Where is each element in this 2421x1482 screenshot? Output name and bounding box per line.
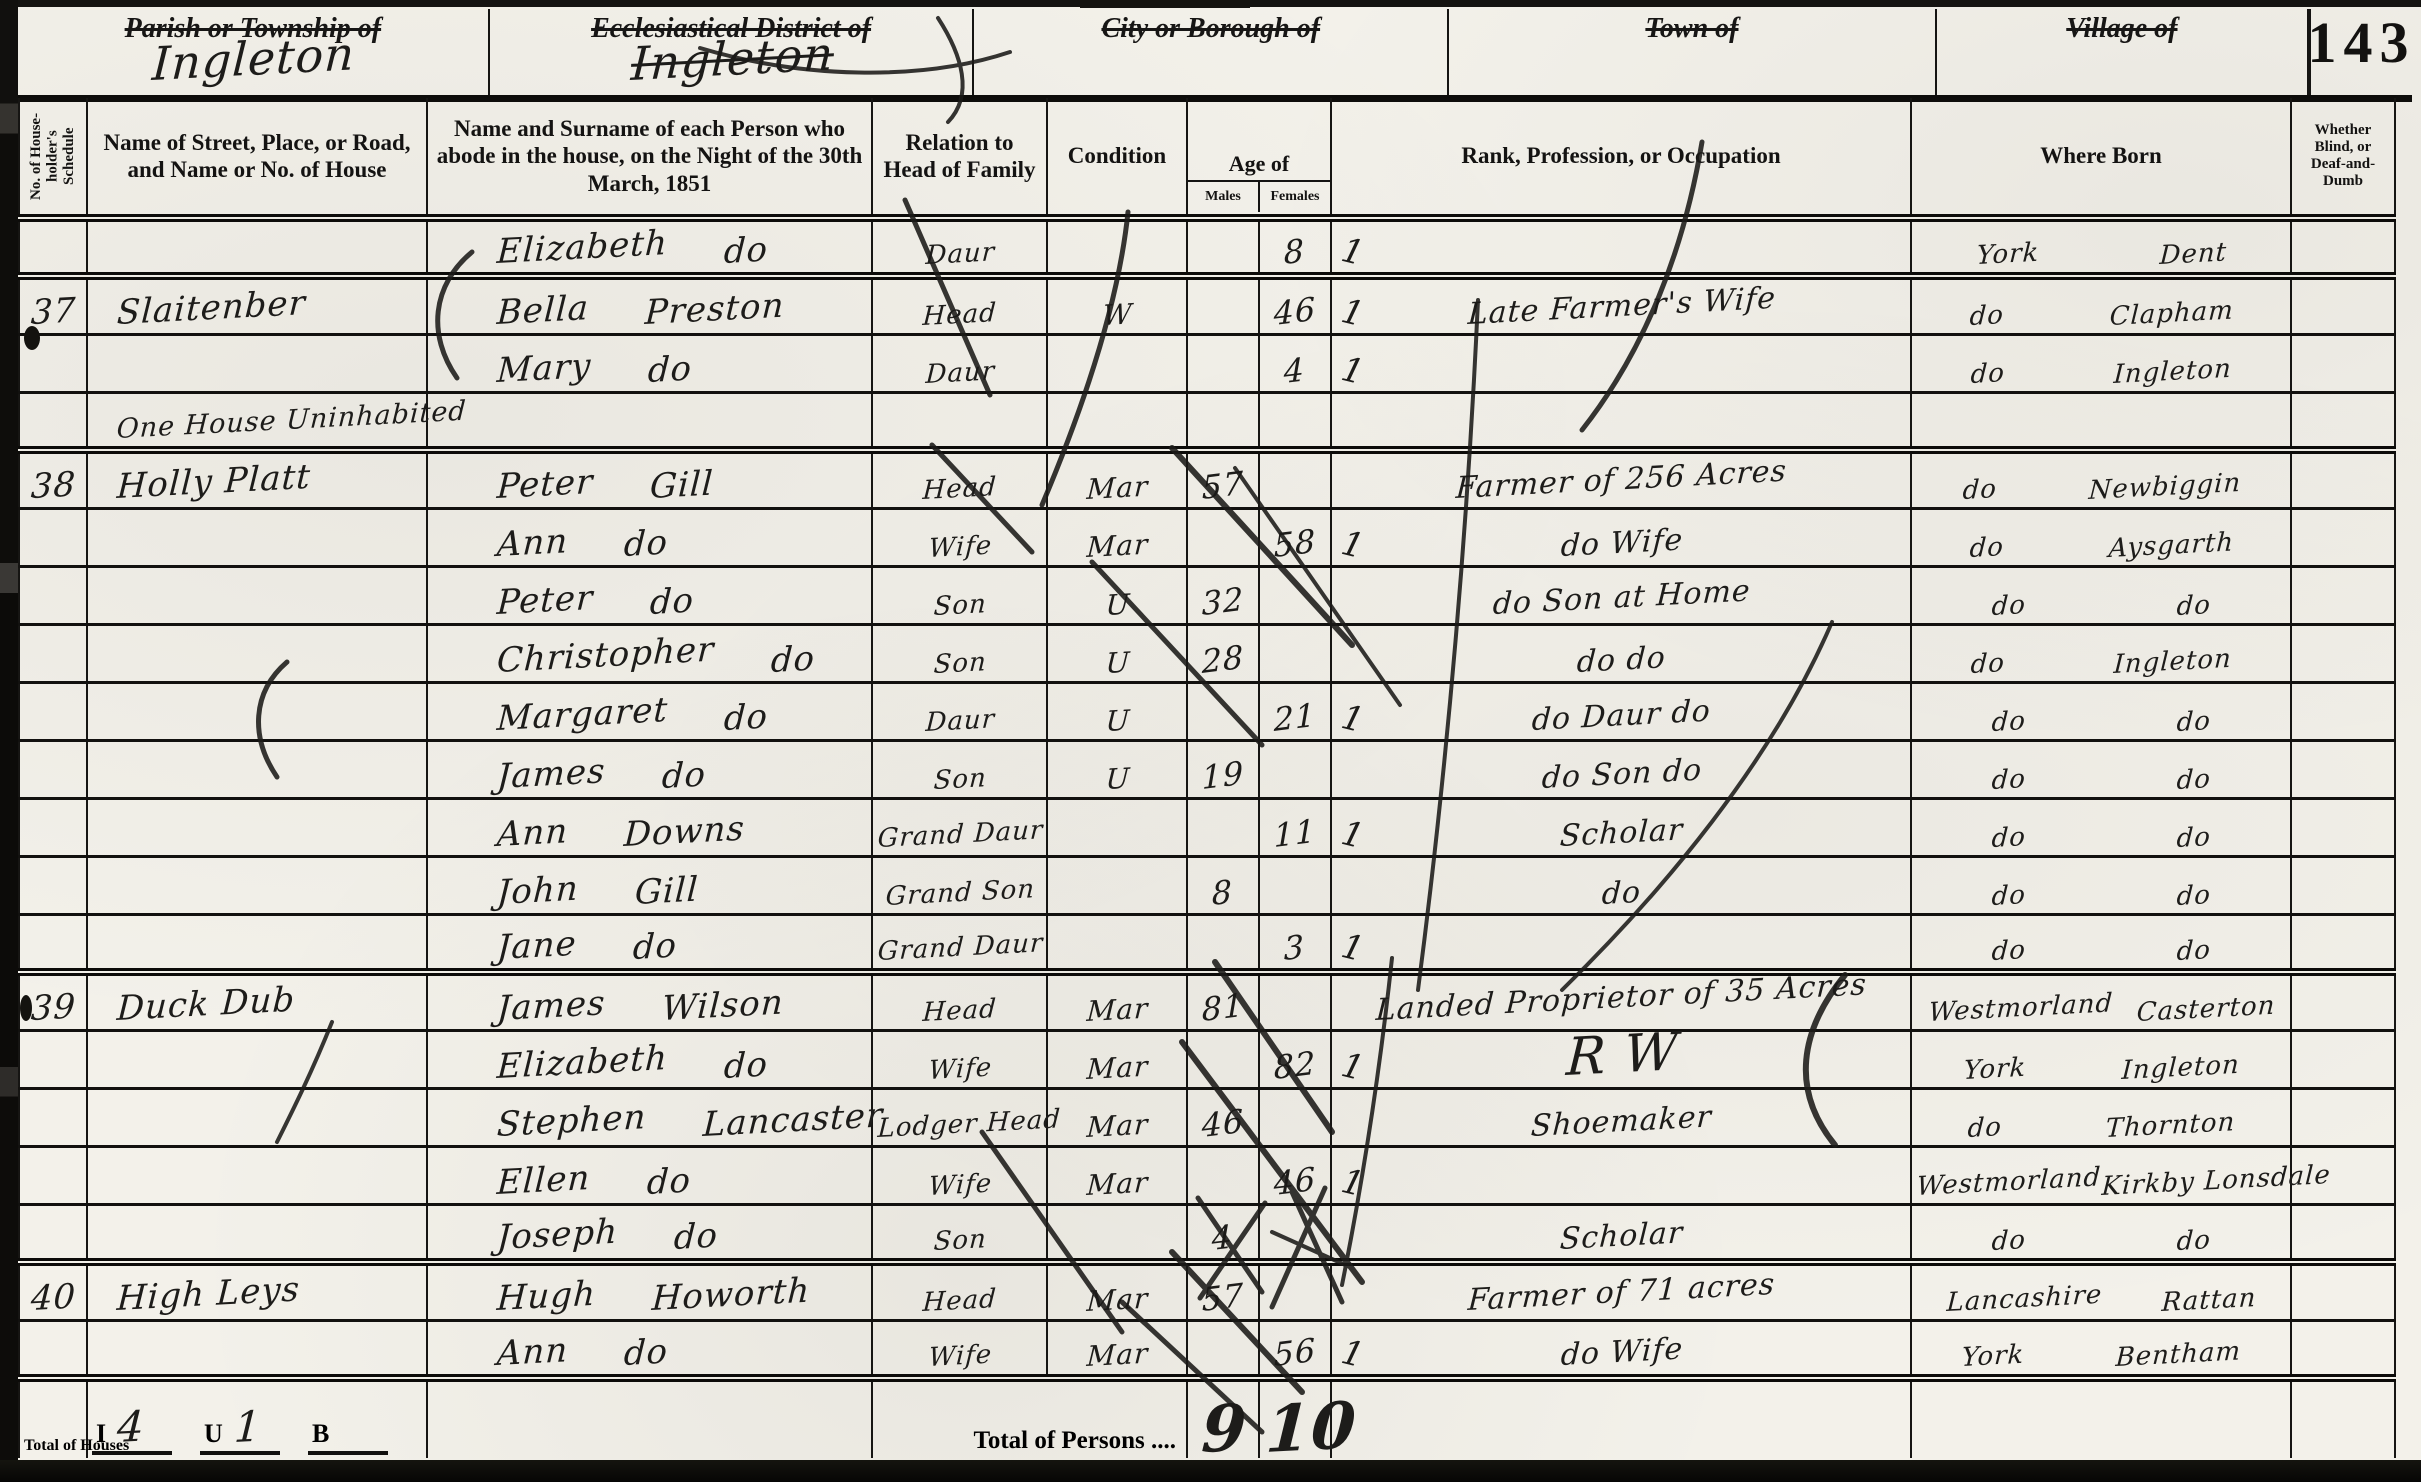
born-county: do xyxy=(1969,302,2005,330)
name-word: Jane xyxy=(496,927,578,965)
tally-mark-handwritten: 1 xyxy=(1338,929,1368,967)
cell-relation: Grand Son xyxy=(872,856,1047,914)
occupation-handwritten: do do xyxy=(1576,643,1667,678)
column-header-street: Name of Street, Place, or Road, and Name… xyxy=(87,97,427,219)
top-rule xyxy=(18,0,2421,7)
table-row: JosephdoSon4Scholardodo xyxy=(19,1204,2395,1262)
relation-handwritten: Daur xyxy=(925,358,996,388)
cell-condition: W xyxy=(1047,276,1187,334)
condition-handwritten: Mar xyxy=(1086,1340,1149,1371)
cell-street xyxy=(87,218,427,276)
cell-age-females: 46 xyxy=(1259,276,1331,334)
cell-age-males: 81 xyxy=(1187,972,1259,1030)
occupation-handwritten: do Wife xyxy=(1560,525,1684,562)
cell-age-males xyxy=(1187,1030,1259,1088)
cell-person-name: Josephdo xyxy=(427,1204,872,1262)
cell-footer-born-empty xyxy=(1911,1378,2291,1458)
person-name-handwritten: Anndo xyxy=(496,528,867,562)
table-row: 39Duck DubJamesWilsonHeadMar81Landed Pro… xyxy=(19,972,2395,1030)
inhabited-letter: I xyxy=(96,1419,106,1449)
name-word: do xyxy=(632,929,678,965)
table-row: MarydoDaur41doIngleton xyxy=(19,334,2395,392)
cell-age-females xyxy=(1259,740,1331,798)
age-female-handwritten: 3 xyxy=(1284,930,1306,965)
schedule-number-handwritten: 40 xyxy=(30,1279,77,1316)
cell-street xyxy=(87,914,427,972)
age-female-handwritten: 56 xyxy=(1273,1334,1316,1371)
cell-schedule-number xyxy=(19,856,87,914)
name-word: do xyxy=(770,641,816,677)
cell-occupation: Landed Proprietor of 35 Acres xyxy=(1331,972,1911,1030)
schedule-number-handwritten: 38 xyxy=(30,467,77,504)
where-born-handwritten: dodo xyxy=(1916,594,2286,620)
cell-where-born: WestmorlandCasterton xyxy=(1911,972,2291,1030)
condition-handwritten: Mar xyxy=(1086,1110,1149,1141)
cell-street xyxy=(87,566,427,624)
cell-occupation: 1 xyxy=(1331,914,1911,972)
cell-where-born: YorkDent xyxy=(1911,218,2291,276)
relation-handwritten: Grand Daur xyxy=(877,817,1044,852)
cell-condition: Mar xyxy=(1047,1320,1187,1378)
cell-houses-tally: I4 U1 B xyxy=(87,1378,427,1458)
name-word: Gill xyxy=(634,872,699,909)
cell-condition xyxy=(1047,798,1187,856)
cell-street xyxy=(87,1030,427,1088)
name-word: Bella xyxy=(496,291,590,330)
cell-relation: Wife xyxy=(872,508,1047,566)
cell-person-name: JohnGill xyxy=(427,856,872,914)
building-letter: B xyxy=(312,1419,329,1449)
cell-relation: Head xyxy=(872,276,1047,334)
born-place: Clapham xyxy=(2109,297,2234,330)
cell-occupation: Scholar xyxy=(1331,1204,1911,1262)
tally-mark-handwritten: 1 xyxy=(1338,1048,1368,1086)
column-header-age: Age of Males Females xyxy=(1187,97,1331,219)
cell-street xyxy=(87,508,427,566)
where-born-handwritten: doIngleton xyxy=(1916,362,2286,388)
totals-row: Total of Houses I4 U1 B Total of Persons… xyxy=(19,1378,2395,1458)
relation-handwritten: Head xyxy=(922,996,997,1026)
building-tally: B xyxy=(308,1419,388,1455)
person-name-handwritten: Anndo xyxy=(496,1337,867,1371)
name-word: Ellen xyxy=(496,1160,591,1199)
cell-relation: Wife xyxy=(872,1146,1047,1204)
uninhabited-tally: U1 xyxy=(200,1407,280,1455)
cell-age-females xyxy=(1259,1262,1331,1320)
relation-handwritten: Head xyxy=(922,300,997,330)
table-row: EllendoWifeMar461WestmorlandKirkby Lonsd… xyxy=(19,1146,2395,1204)
name-word: Christopher xyxy=(496,632,715,678)
cell-age-males xyxy=(1187,682,1259,740)
cell-person-name: StephenLancaster xyxy=(427,1088,872,1146)
cell-age-males: 4 xyxy=(1187,1204,1259,1262)
cell-schedule-number xyxy=(19,1204,87,1262)
age-female-handwritten: 11 xyxy=(1273,814,1316,851)
condition-handwritten: Mar xyxy=(1086,1168,1149,1199)
cell-where-born: dodo xyxy=(1911,798,2291,856)
cell-age-females: 8 xyxy=(1259,218,1331,276)
cell-condition: Mar xyxy=(1047,1262,1187,1320)
born-county: Westmorland xyxy=(1928,990,2114,1026)
tally-mark-handwritten: 1 xyxy=(1338,1335,1368,1373)
cell-street: One House Uninhabited xyxy=(87,392,427,450)
cell-age-females: 21 xyxy=(1259,682,1331,740)
cell-total-of-persons-label: Total of Persons .... xyxy=(872,1378,1187,1458)
name-word: do xyxy=(646,1163,692,1199)
born-county: do xyxy=(1991,1227,2027,1255)
cell-condition: Mar xyxy=(1047,508,1187,566)
cell-where-born: doClapham xyxy=(1911,276,2291,334)
occupation-handwritten: do Daur do xyxy=(1531,696,1712,736)
name-word: do xyxy=(649,583,695,619)
born-place: do xyxy=(2176,592,2212,620)
name-word: Elizabeth xyxy=(496,226,669,269)
cell-total-females: 10 xyxy=(1259,1378,1331,1458)
cell-age-females: 58 xyxy=(1259,508,1331,566)
cell-person-name: Janedo xyxy=(427,914,872,972)
where-born-handwritten: dodo xyxy=(1916,1229,2286,1255)
street-name-handwritten: Duck Dub xyxy=(116,982,296,1025)
condition-handwritten: Mar xyxy=(1086,1052,1149,1083)
cell-age-males xyxy=(1187,914,1259,972)
person-name-handwritten: Marydo xyxy=(496,354,867,388)
age-male-handwritten: 19 xyxy=(1201,756,1244,793)
cell-schedule-number xyxy=(19,624,87,682)
tally-mark-handwritten: 1 xyxy=(1338,294,1368,332)
cell-age-males xyxy=(1187,334,1259,392)
born-county: do xyxy=(1991,592,2027,620)
cell-age-females xyxy=(1259,392,1331,450)
cell-person-name: Elizabethdo xyxy=(427,1030,872,1088)
cell-condition xyxy=(1047,856,1187,914)
born-county: York xyxy=(1976,240,2040,269)
condition-handwritten: U xyxy=(1105,590,1131,619)
cell-occupation: 1 xyxy=(1331,1146,1911,1204)
column-header-condition: Condition xyxy=(1047,97,1187,219)
cell-infirmity xyxy=(2291,1262,2395,1320)
cell-age-females: 4 xyxy=(1259,334,1331,392)
cell-person-name: Marydo xyxy=(427,334,872,392)
cell-person-name xyxy=(427,392,872,450)
masthead-field-village: Village of xyxy=(1937,9,2309,95)
binding-edge xyxy=(0,0,18,1482)
cell-person-name: BellaPreston xyxy=(427,276,872,334)
cell-relation: Wife xyxy=(872,1320,1047,1378)
cell-person-name: JamesWilson xyxy=(427,972,872,1030)
relation-handwritten: Wife xyxy=(928,1054,993,1083)
age-female-handwritten: 46 xyxy=(1273,1162,1316,1199)
cell-where-born: YorkBentham xyxy=(1911,1320,2291,1378)
ecclesiastical-district-value-handwritten: Ingleton xyxy=(630,30,835,87)
cell-occupation: 1Scholar xyxy=(1331,798,1911,856)
tally-mark-handwritten: 1 xyxy=(1338,352,1368,390)
born-place: do xyxy=(2176,766,2212,794)
cell-infirmity xyxy=(2291,1088,2395,1146)
relation-handwritten: Son xyxy=(933,765,988,794)
column-header-age-females: Females xyxy=(1258,182,1330,212)
cell-infirmity xyxy=(2291,624,2395,682)
cell-where-born: doAysgarth xyxy=(1911,508,2291,566)
cell-infirmity xyxy=(2291,914,2395,972)
where-born-handwritten: WestmorlandKirkby Lonsdale xyxy=(1916,1174,2286,1200)
parish-value-handwritten: Ingleton xyxy=(151,30,356,87)
cell-condition: U xyxy=(1047,566,1187,624)
cell-age-females xyxy=(1259,856,1331,914)
born-county: York xyxy=(1961,1342,2025,1371)
occupation-handwritten: Farmer of 256 Acres xyxy=(1455,456,1788,503)
cell-age-males: 28 xyxy=(1187,624,1259,682)
where-born-handwritten: dodo xyxy=(1916,884,2286,910)
cell-condition: U xyxy=(1047,740,1187,798)
person-name-handwritten: Josephdo xyxy=(496,1221,867,1255)
cell-age-males: 57 xyxy=(1187,450,1259,508)
relation-handwritten: Head xyxy=(922,474,997,504)
person-name-handwritten: JamesWilson xyxy=(496,992,867,1026)
person-name-handwritten: Christopherdo xyxy=(496,644,867,678)
uninhabited-letter: U xyxy=(204,1419,223,1449)
age-female-handwritten: 46 xyxy=(1273,292,1316,329)
cell-age-males: 8 xyxy=(1187,856,1259,914)
street-name-handwritten: High Leys xyxy=(116,1272,301,1316)
table-row: MargaretdoDaurU211do Daur dododo xyxy=(19,682,2395,740)
cell-age-females xyxy=(1259,1204,1331,1262)
cell-relation: Grand Daur xyxy=(872,914,1047,972)
age-male-handwritten: 57 xyxy=(1201,1278,1244,1315)
cell-occupation: Farmer of 256 Acres xyxy=(1331,450,1911,508)
total-males-handwritten: 9 xyxy=(1200,1396,1249,1463)
cell-infirmity xyxy=(2291,1320,2395,1378)
where-born-handwritten: dodo xyxy=(1916,710,2286,736)
cell-where-born: dodo xyxy=(1911,856,2291,914)
cell-occupation: 1do Wife xyxy=(1331,1320,1911,1378)
name-word: do xyxy=(723,699,769,735)
cell-infirmity xyxy=(2291,392,2395,450)
cell-age-females xyxy=(1259,624,1331,682)
uninhabited-count-handwritten: 1 xyxy=(233,1405,263,1449)
age-male-handwritten: 28 xyxy=(1201,640,1244,677)
born-place: Dent xyxy=(2159,239,2228,269)
cell-age-females: 3 xyxy=(1259,914,1331,972)
condition-handwritten: Mar xyxy=(1086,1284,1149,1315)
where-born-handwritten: doClapham xyxy=(1916,304,2286,330)
where-born-handwritten: LancashireRattan xyxy=(1916,1290,2286,1316)
cell-occupation: Farmer of 71 acres xyxy=(1331,1262,1911,1320)
cell-street xyxy=(87,1088,427,1146)
column-header-row: No. of House-holder's Schedule Name of S… xyxy=(19,97,2395,219)
cell-street xyxy=(87,1146,427,1204)
age-male-handwritten: 81 xyxy=(1201,988,1244,1025)
table-row: PeterdoSonU32do Son at Homedodo xyxy=(19,566,2395,624)
name-word: Ann xyxy=(496,814,569,852)
born-place: Casterton xyxy=(2136,992,2276,1025)
cell-where-born: dodo xyxy=(1911,566,2291,624)
cell-infirmity xyxy=(2291,276,2395,334)
cell-where-born: dodo xyxy=(1911,1204,2291,1262)
where-born-handwritten: doAysgarth xyxy=(1916,536,2286,562)
cell-infirmity xyxy=(2291,1204,2395,1262)
cell-condition: Mar xyxy=(1047,450,1187,508)
born-county: Westmorland xyxy=(1916,1164,2102,1200)
cell-where-born: doThornton xyxy=(1911,1088,2291,1146)
table-row: AnndoWifeMar581do WifedoAysgarth xyxy=(19,508,2395,566)
name-word: Gill xyxy=(649,466,714,503)
census-table: No. of House-holder's Schedule Name of S… xyxy=(18,95,2396,1458)
name-word: do xyxy=(673,1219,719,1255)
name-word: do xyxy=(723,233,769,269)
cell-relation: Wife xyxy=(872,1030,1047,1088)
cell-where-born: doIngleton xyxy=(1911,334,2291,392)
cell-schedule-number xyxy=(19,334,87,392)
born-place: Bentham xyxy=(2115,1338,2242,1371)
born-county: do xyxy=(1991,937,2027,965)
cell-street xyxy=(87,334,427,392)
table-row: StephenLancasterLodger HeadMar46Shoemake… xyxy=(19,1088,2395,1146)
schedule-number-handwritten: 37 xyxy=(30,293,77,330)
occupation-handwritten: Scholar xyxy=(1559,815,1684,852)
name-word: Downs xyxy=(623,811,746,851)
relation-handwritten: Son xyxy=(933,591,988,620)
cell-where-born: dodo xyxy=(1911,682,2291,740)
cell-relation: Grand Daur xyxy=(872,798,1047,856)
cell-where-born xyxy=(1911,392,2291,450)
born-place: Ingleton xyxy=(2121,1051,2240,1083)
cell-age-males: 19 xyxy=(1187,740,1259,798)
born-county: do xyxy=(1991,824,2027,852)
cell-footer-occupation-empty xyxy=(1331,1378,1911,1458)
occupation-handwritten: do xyxy=(1601,877,1642,909)
occupation-handwritten: R W xyxy=(1565,1025,1680,1083)
occupation-handwritten: Scholar xyxy=(1559,1218,1684,1255)
cell-street xyxy=(87,1320,427,1378)
cell-occupation: 1Late Farmer's Wife xyxy=(1331,276,1911,334)
cell-where-born: doIngleton xyxy=(1911,624,2291,682)
name-word: Preston xyxy=(644,288,785,329)
masthead-field-ecclesiastical-district: Ecclesiastical District of Ingleton xyxy=(490,9,975,95)
relation-handwritten: Grand Son xyxy=(885,876,1036,910)
table-row: AnnDownsGrand Daur111Scholardodo xyxy=(19,798,2395,856)
person-name-handwritten: AnnDowns xyxy=(496,818,867,852)
cell-footer-infirmity-empty xyxy=(2291,1378,2395,1458)
cell-street xyxy=(87,798,427,856)
cell-schedule-number xyxy=(19,1030,87,1088)
where-born-handwritten: YorkBentham xyxy=(1916,1345,2286,1371)
cell-infirmity xyxy=(2291,740,2395,798)
column-header-age-of: Age of xyxy=(1188,100,1330,182)
masthead-field-city-borough: City or Borough of xyxy=(974,9,1449,95)
total-females-handwritten: 10 xyxy=(1264,1394,1358,1463)
cell-occupation xyxy=(1331,392,1911,450)
name-word: Joseph xyxy=(496,1215,619,1255)
cell-occupation: 1 xyxy=(1331,334,1911,392)
tally-mark-handwritten: 1 xyxy=(1338,233,1368,271)
condition-handwritten: Mar xyxy=(1086,530,1149,561)
cell-schedule-number xyxy=(19,508,87,566)
cell-person-name: Margaretdo xyxy=(427,682,872,740)
cell-condition xyxy=(1047,914,1187,972)
cell-infirmity xyxy=(2291,334,2395,392)
table-row: ElizabethdoWifeMar821R WYorkIngleton xyxy=(19,1030,2395,1088)
born-place: Ingleton xyxy=(2113,645,2232,677)
cell-age-males: 46 xyxy=(1187,1088,1259,1146)
inhabited-count-handwritten: 4 xyxy=(116,1405,146,1449)
bottom-edge xyxy=(0,1460,2421,1482)
occupation-handwritten: Late Farmer's Wife xyxy=(1467,283,1777,329)
age-female-handwritten: 21 xyxy=(1273,698,1316,735)
born-county: do xyxy=(1991,766,2027,794)
condition-handwritten: Mar xyxy=(1086,994,1149,1025)
cell-occupation: do Son at Home xyxy=(1331,566,1911,624)
condition-handwritten: U xyxy=(1105,764,1131,793)
table-row: ElizabethdoDaur81YorkDent xyxy=(19,218,2395,276)
cell-footer-empty xyxy=(427,1378,872,1458)
cell-age-females: 46 xyxy=(1259,1146,1331,1204)
cell-street: Duck Dub xyxy=(87,972,427,1030)
cell-age-males xyxy=(1187,392,1259,450)
cell-where-born: dodo xyxy=(1911,914,2291,972)
column-header-where-born: Where Born xyxy=(1911,97,2291,219)
cell-schedule-number xyxy=(19,1146,87,1204)
cell-infirmity xyxy=(2291,1030,2395,1088)
table-row: JanedoGrand Daur31dodo xyxy=(19,914,2395,972)
relation-handwritten: Head xyxy=(922,1286,997,1316)
name-word: do xyxy=(647,351,693,387)
cell-infirmity xyxy=(2291,508,2395,566)
cell-schedule-number: 39 xyxy=(19,972,87,1030)
cell-age-males xyxy=(1187,218,1259,276)
cell-age-males xyxy=(1187,1146,1259,1204)
cell-street xyxy=(87,1204,427,1262)
cell-street: High Leys xyxy=(87,1262,427,1320)
cell-occupation: 1R W xyxy=(1331,1030,1911,1088)
person-name-handwritten: Ellendo xyxy=(496,1166,867,1200)
cell-age-males xyxy=(1187,1320,1259,1378)
table-row: AnndoWifeMar561do WifeYorkBentham xyxy=(19,1320,2395,1378)
where-born-handwritten: dodo xyxy=(1916,826,2286,852)
cell-where-born: doNewbiggin xyxy=(1911,450,2291,508)
person-name-handwritten: Janedo xyxy=(496,931,867,965)
cell-schedule-number xyxy=(19,392,87,450)
born-county: York xyxy=(1963,1054,2027,1083)
age-male-handwritten: 4 xyxy=(1212,1220,1234,1255)
age-female-handwritten: 4 xyxy=(1284,353,1306,388)
cell-infirmity xyxy=(2291,798,2395,856)
relation-handwritten: Wife xyxy=(928,1170,993,1199)
census-rows: ElizabethdoDaur81YorkDent37SlaitenberBel… xyxy=(19,218,2395,1378)
table-row: JamesdoSonU19do Son dododo xyxy=(19,740,2395,798)
where-born-handwritten: YorkDent xyxy=(1916,243,2286,269)
cell-schedule-number xyxy=(19,218,87,276)
cell-condition xyxy=(1047,1204,1187,1262)
where-born-handwritten: doNewbiggin xyxy=(1916,478,2286,504)
age-female-handwritten: 58 xyxy=(1273,524,1316,561)
cell-condition xyxy=(1047,334,1187,392)
column-header-relation: Relation to Head of Family xyxy=(872,97,1047,219)
name-word: James xyxy=(496,754,606,794)
relation-handwritten: Daur xyxy=(925,239,996,269)
cell-relation: Daur xyxy=(872,682,1047,740)
table-row: 37SlaitenberBellaPrestonHeadW461Late Far… xyxy=(19,276,2395,334)
relation-handwritten: Son xyxy=(933,1226,988,1255)
cell-condition xyxy=(1047,392,1187,450)
masthead-field-parish: Parish or Township of Ingleton xyxy=(18,9,490,95)
occupation-handwritten: do Wife xyxy=(1560,1334,1684,1371)
cell-relation: Head xyxy=(872,972,1047,1030)
cell-schedule-number xyxy=(19,914,87,972)
name-word: John xyxy=(496,871,580,909)
cell-infirmity xyxy=(2291,972,2395,1030)
cell-occupation: do xyxy=(1331,856,1911,914)
cell-occupation: do do xyxy=(1331,624,1911,682)
